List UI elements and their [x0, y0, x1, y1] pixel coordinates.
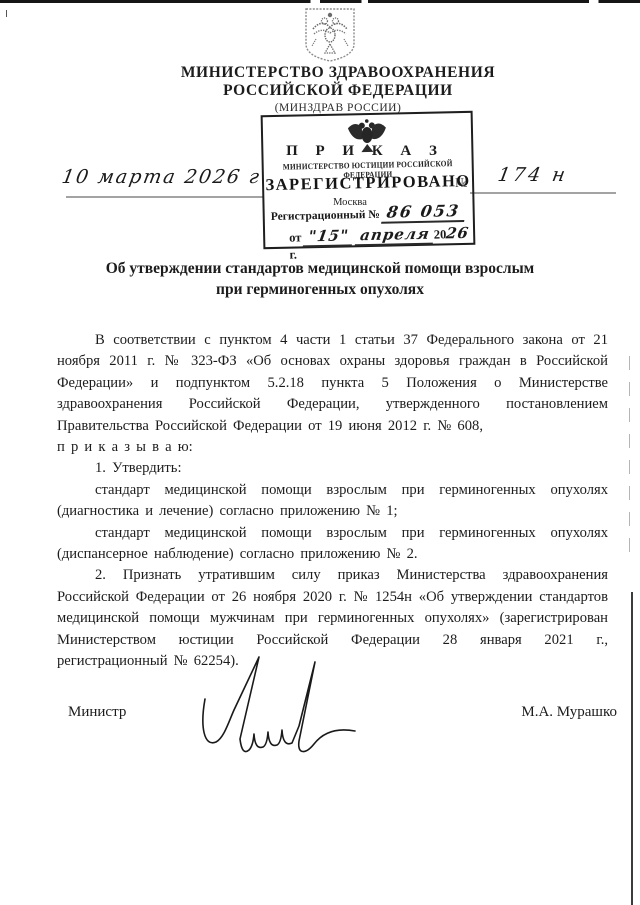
stamp-date-month: апреля — [355, 225, 436, 247]
paragraph-order-verb: п р и к а з ы в а ю: — [57, 437, 608, 458]
signer-role: Министр — [68, 704, 126, 721]
order-body: В соответствии с пунктом 4 части 1 стать… — [57, 330, 608, 673]
scan-artifact-tick — [6, 10, 7, 17]
stamp-date-year-value: 26 — [445, 224, 471, 243]
date-underline — [66, 196, 264, 198]
ministry-name-line2: РОССИЙСКОЙ ФЕДЕРАЦИИ — [38, 82, 638, 100]
scan-edge-artifact-right-faint — [629, 356, 630, 561]
stamp-date-row: от "15" апреля2026 г. — [289, 224, 480, 263]
stamp-date-day: "15" — [303, 226, 355, 247]
scan-edge-artifact-right — [631, 592, 633, 905]
number-underline — [470, 192, 616, 194]
registration-stamp: МИНИСТЕРСТВО ЮСТИЦИИ РОССИЙСКОЙ ФЕДЕРАЦИ… — [261, 111, 476, 249]
stamp-date-from: от — [289, 230, 302, 244]
paragraph-standard-1: стандарт медицинской помощи взрослым при… — [57, 480, 608, 523]
stamp-registered-text: ЗАРЕГИСТРИРОВАНО — [264, 171, 472, 195]
scan-edge-artifact-top — [0, 0, 640, 3]
paragraph-legal-basis: В соответствии с пунктом 4 части 1 стать… — [57, 330, 608, 437]
ministry-abbreviation: (МИНЗДРАВ РОССИИ) — [38, 102, 638, 114]
order-title-line2: при герминогенных опухолях — [70, 279, 570, 300]
signer-name: М.А. Мурашко — [417, 704, 617, 721]
paragraph-item-1: 1. Утвердить: — [57, 458, 608, 479]
stamp-registration-number-row: Регистрационный № 86 053 — [271, 201, 471, 226]
handwritten-order-number: 174 н — [498, 164, 568, 187]
handwritten-order-date: 10 марта 2026 г — [62, 166, 272, 189]
ministry-name-line1: МИНИСТЕРСТВО ЗДРАВООХРАНЕНИЯ — [38, 64, 638, 82]
minister-signature-icon — [193, 655, 358, 767]
coat-of-arms-icon — [301, 7, 359, 63]
paragraph-standard-2: стандарт медицинской помощи взрослым при… — [57, 523, 608, 566]
stamp-coat-of-arms-icon — [345, 117, 390, 154]
order-title: Об утверждении стандартов медицинской по… — [70, 258, 570, 300]
order-title-line1: Об утверждении стандартов медицинской по… — [70, 258, 570, 279]
stamp-reg-value: 86 053 — [381, 201, 467, 224]
stamp-reg-label: Регистрационный № — [271, 209, 380, 223]
document-page: МИНИСТЕРСТВО ЗДРАВООХРАНЕНИЯ РОССИЙСКОЙ … — [0, 0, 640, 905]
ministry-header: МИНИСТЕРСТВО ЗДРАВООХРАНЕНИЯ РОССИЙСКОЙ … — [38, 64, 638, 114]
